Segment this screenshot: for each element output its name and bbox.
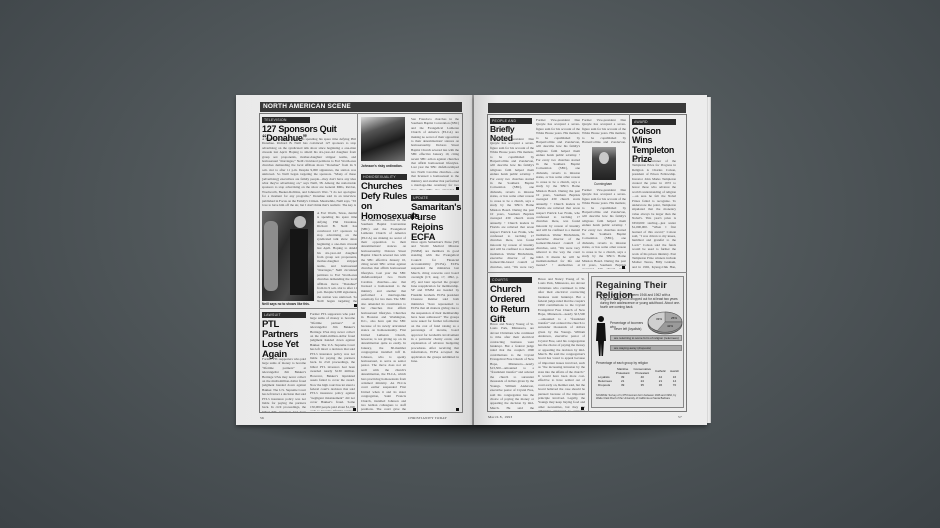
- article-body-briefly-noted-cont3: Former Vice-president Dan Quayle has acc…: [582, 188, 626, 269]
- article-body-samaritans-purse: Once again Samaritan's Purse (SP) and Wo…: [411, 240, 459, 412]
- kicker-homosexuality: HOMOSEXUALITY: [361, 174, 407, 180]
- kicker-courts: COURTS: [490, 277, 532, 283]
- donahue-photo-caption: Neill says no to shows like this.: [262, 302, 317, 306]
- end-mark: [622, 266, 625, 269]
- magazine-spread: NORTH AMERICAN SCENE TELEVISION 127 Spon…: [236, 95, 707, 425]
- donahue-photo: [262, 211, 314, 301]
- chart-table-header: Catholic: [653, 367, 668, 375]
- cunningham-photo: [592, 147, 616, 180]
- end-mark: [456, 408, 459, 411]
- businessman-icon: [595, 315, 607, 357]
- chart-table: Mainline Protestant Conservative Protest…: [596, 367, 681, 387]
- article-body-briefly-noted-cont: Former Vice-president Dan Quayle has acc…: [536, 118, 580, 269]
- chart-table-header: Mainline Protestant: [614, 367, 632, 375]
- article-body-ptl: Former PTL supporters who paid large sum…: [262, 357, 306, 412]
- regaining-religion-chart: Regaining Their Religion 58% of those bo…: [591, 276, 684, 408]
- kicker-award: AWARD: [632, 119, 676, 125]
- cunningham-caption: Cunningham: [594, 182, 618, 186]
- table-cell: 35: [632, 383, 654, 387]
- table-cell: 39: [614, 383, 632, 387]
- section-header: NORTH AMERICAN SCENE: [260, 102, 462, 112]
- end-mark: [353, 408, 356, 411]
- kicker-lawsuit: LAWSUIT: [262, 312, 306, 318]
- photo-figure: [294, 216, 306, 228]
- photo-figure-left: [264, 221, 278, 291]
- kicker-television: TELEVISION: [262, 117, 310, 123]
- photo-face: [599, 152, 609, 164]
- chart-table-header: Conservative Protestant: [632, 367, 654, 375]
- headline-samaritans-purse: Samaritan's Purse Rejoins ECFA: [411, 203, 461, 243]
- column-divider: [588, 272, 589, 412]
- column-divider: [629, 114, 630, 272]
- article-body-colson: The 1993 winner of the Templeton Prize f…: [632, 159, 676, 269]
- chart-table-caption: Percentage of each group by religion: [596, 361, 666, 365]
- end-mark: [581, 407, 584, 410]
- kicker-update: UPDATE: [411, 195, 459, 201]
- photo-figure-body: [290, 229, 308, 295]
- right-page: PEOPLE AND EVENTS Briefly Noted Former V…: [474, 95, 707, 425]
- pie-chart: 33% 25% 42%: [647, 311, 683, 335]
- headline-churches-defy: Churches Defy Rules on Homosexuals: [361, 182, 411, 222]
- table-cell: 70: [668, 383, 681, 387]
- ordination-photo: [361, 117, 405, 161]
- chart-table-header: [596, 367, 614, 375]
- chart-bar-dropouts: are staying away (dropouts): [610, 345, 682, 351]
- table-cell: 36: [653, 383, 668, 387]
- end-mark: [456, 187, 459, 190]
- article-body-briefly-noted-cont2: Former Vice-president Dan Quayle has acc…: [582, 118, 626, 143]
- magazine-name-footer: CHRISTIANITY TODAY: [408, 416, 447, 420]
- table-row: Dropouts 39 35 36 70: [596, 383, 681, 387]
- left-page-number: 56: [260, 416, 264, 420]
- article-body-briefly-noted: Former Vice-president Dan Quayle has acc…: [490, 137, 534, 269]
- section-header-right: [488, 103, 686, 113]
- chart-bar-returnees: are returning to some form of religion (…: [610, 335, 682, 341]
- chart-table-header: Jewish: [668, 367, 681, 375]
- article-body-church-ordered-cont: Bruce and Nancy Young of St. Louis Park,…: [538, 277, 585, 411]
- column-divider: [357, 113, 358, 413]
- article-body-churches-defy: San Francisco churches in the Southern B…: [361, 218, 406, 411]
- ordination-photo-caption: Johnson's risky ordination.: [361, 164, 407, 168]
- svg-text:25%: 25%: [671, 316, 677, 320]
- article-divider: [487, 272, 687, 273]
- end-mark: [354, 304, 357, 307]
- chart-subtitle: 58% of those born between 1946 and 1962 …: [600, 293, 682, 309]
- page-edge: [707, 97, 711, 423]
- svg-text:42%: 42%: [667, 324, 673, 328]
- left-page: NORTH AMERICAN SCENE TELEVISION 127 Spon…: [236, 95, 472, 425]
- article-body-donahue-cont: A Fort Worth, Texas, dentist is spending…: [317, 211, 357, 305]
- article-body-church-ordered: Bruce and Nancy Young of St. Louis Park,…: [490, 322, 534, 411]
- article-divider: [259, 308, 358, 309]
- svg-text:33%: 33%: [656, 317, 662, 321]
- headline-church-ordered: Church Ordered to Return Gift: [490, 285, 535, 325]
- table-cell: Dropouts: [596, 383, 614, 387]
- right-page-number: 57: [678, 415, 682, 419]
- headline-ptl: PTL Partners Lose Yet Again: [262, 320, 307, 360]
- issue-date: March 8, 1993: [488, 415, 512, 419]
- chart-bar-label-loyalists: never left (loyalists): [614, 327, 652, 331]
- chart-source: SOURCE: Survey of 1,375 boomers born bet…: [596, 394, 680, 400]
- article-body-ptl-cont: Former PTL supporters who paid large sum…: [310, 312, 355, 411]
- article-body-donahue: A Fort Worth, Texas, dentist is spending…: [262, 137, 356, 207]
- article-body-churches-defy-cont: San Francisco churches in the Southern B…: [411, 117, 459, 190]
